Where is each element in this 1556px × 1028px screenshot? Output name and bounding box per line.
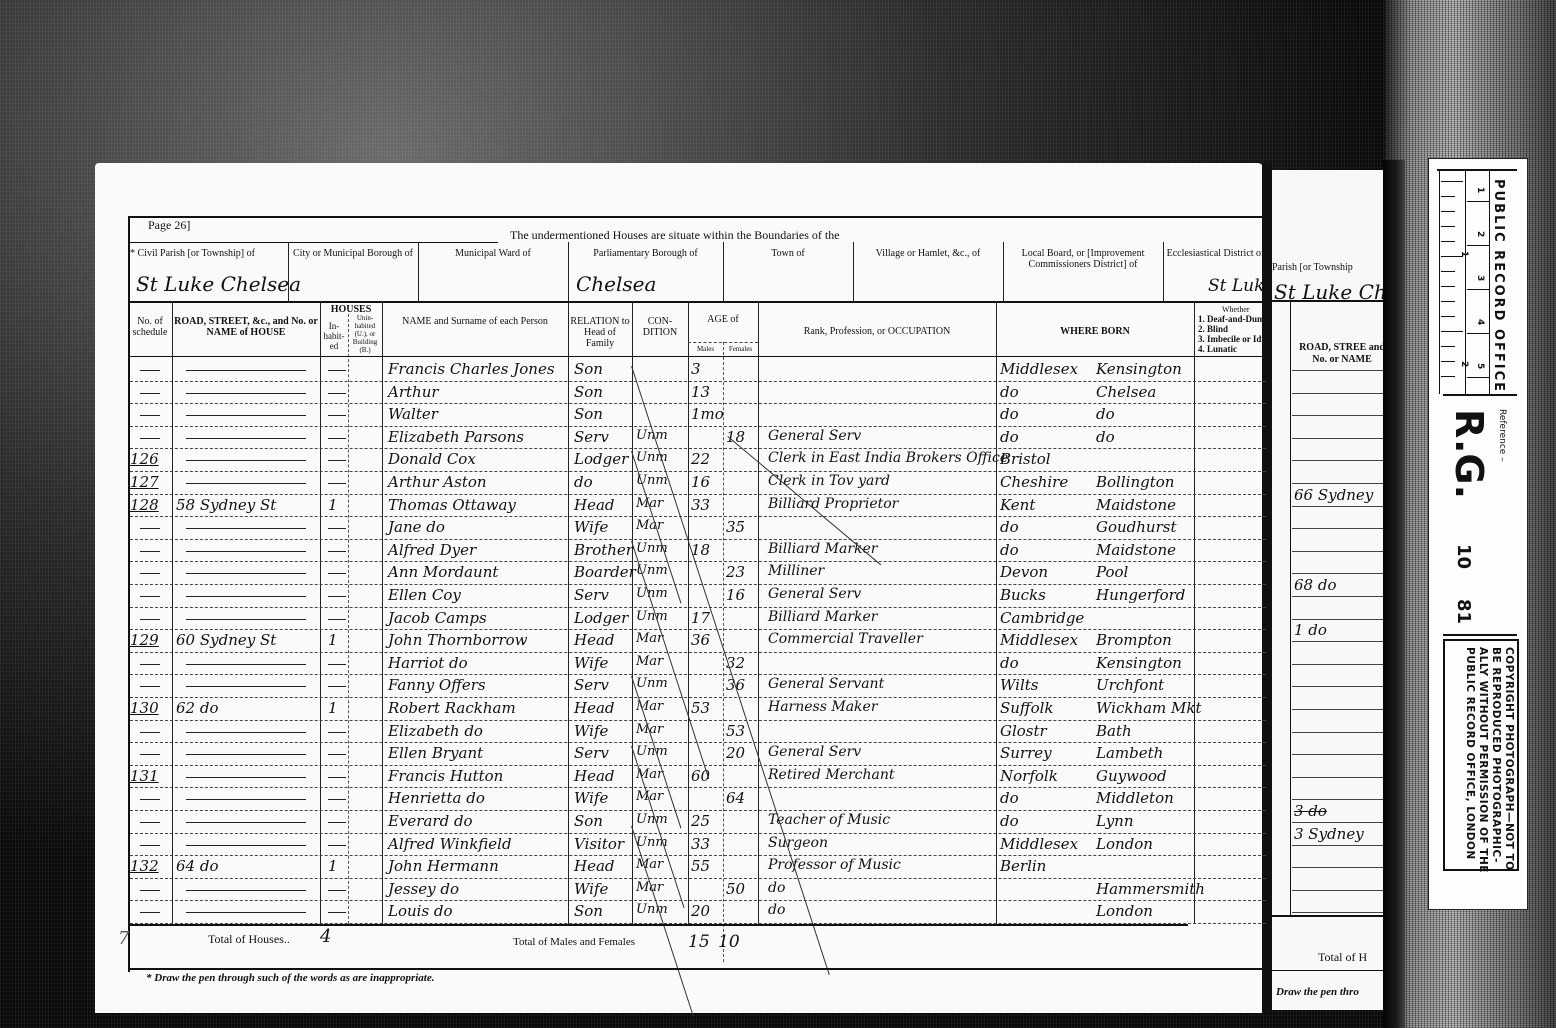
- total-males: 15: [688, 932, 710, 952]
- cell-condition: Mar: [636, 654, 663, 669]
- cell-condition: Unm: [636, 676, 668, 691]
- facing-row-rule: [1292, 822, 1383, 823]
- corner-mark: 7: [118, 928, 129, 949]
- cell-dash: [140, 845, 160, 846]
- total-houses-value: 4: [320, 926, 331, 947]
- field-label: Local Board, or [Improvement Commissione…: [1005, 248, 1161, 270]
- total-persons-label: Total of Males and Females: [513, 936, 635, 948]
- column-header-females: Females: [723, 344, 758, 354]
- cell-born-place: Goudhurst: [1096, 518, 1177, 536]
- cell-road: 60 Sydney St: [176, 631, 276, 649]
- facing-row-rule: [1292, 506, 1383, 507]
- cell-dash: [140, 912, 160, 913]
- ruler-tick: [1441, 301, 1455, 302]
- table-row: 127Arthur AstondoUnm16Clerk in Tov yardC…: [128, 471, 1268, 494]
- cell-relation: Wife: [574, 789, 608, 807]
- ruler-tick: [1441, 286, 1455, 287]
- cell-occupation: Billiard Marker: [768, 609, 877, 625]
- column-header-age: AGE of: [688, 314, 758, 325]
- field-label: Village or Hamlet, &c., of: [855, 248, 1001, 259]
- cell-occupation: General Serv: [768, 744, 861, 760]
- column-header-whether: Whether: [1222, 305, 1250, 314]
- cell-relation: Lodger: [574, 450, 628, 468]
- cell-name: John Hermann: [388, 857, 499, 875]
- cell-road: 62 do: [176, 699, 219, 717]
- cell-born-county: Kent: [1000, 496, 1035, 514]
- cell-born-county: Bristol: [1000, 450, 1051, 468]
- cell-born-county: do: [1000, 541, 1019, 559]
- cell-name: Henrietta do: [388, 789, 485, 807]
- facing-page: Parish [or Township St Luke Chel ROAD, S…: [1272, 170, 1383, 1010]
- cell-born-county: Norfolk: [1000, 767, 1058, 785]
- cell-dash: [186, 483, 306, 484]
- cell-male-age: 25: [691, 812, 710, 830]
- cell-relation: Son: [574, 812, 603, 830]
- cell-dash: [140, 686, 160, 687]
- facing-row-rule: [1292, 732, 1383, 733]
- ruler-tick-major: [1467, 377, 1489, 378]
- cell-relation: Head: [574, 767, 615, 785]
- cell-condition: Unm: [636, 902, 668, 917]
- cell-relation: Wife: [574, 880, 608, 898]
- table-row: Elizabeth doWifeMar53GlostrBath: [128, 720, 1268, 743]
- cell-dash: [140, 619, 160, 620]
- cell-relation: Serv: [574, 676, 609, 694]
- form-title: The undermentioned Houses are situate wi…: [510, 228, 840, 243]
- stamp-piece: 10: [1453, 544, 1474, 569]
- stamp-reference-label: Reference –: [1497, 409, 1507, 462]
- cell-name: Elizabeth do: [388, 722, 483, 740]
- cell-name: Ellen Coy: [388, 586, 461, 604]
- ruler-tick-major: [1467, 245, 1489, 246]
- cell-dash: [140, 415, 160, 416]
- cell-female-age: 16: [726, 586, 745, 604]
- cell-name: Arthur Aston: [388, 473, 487, 491]
- facing-row-rule: [1292, 664, 1383, 665]
- cell-schedule: 131: [130, 767, 159, 785]
- cell-born-place: Maidstone: [1096, 541, 1176, 559]
- ruler-label-cm: 1: [1459, 251, 1469, 257]
- copyright-line: BE REPRODUCED PHOTOGRAPHIC-: [1490, 647, 1502, 873]
- cell-name: Louis do: [388, 902, 453, 920]
- table-row: Everard doSonUnm25Teacher of MusicdoLynn: [128, 810, 1268, 833]
- cell-dash: [140, 393, 160, 394]
- cell-occupation: Clerk in East India Brokers Office: [768, 450, 1008, 466]
- column-header-relation: RELATION to Head of Family: [570, 316, 630, 349]
- facing-row-rule: [1292, 619, 1383, 620]
- facing-row-rule: [1292, 573, 1383, 574]
- cell-occupation: Milliner: [768, 563, 824, 579]
- table-row: Alfred DyerBrotherUnm18Billiard Markerdo…: [128, 539, 1268, 562]
- cell-born-county: Wilts: [1000, 676, 1038, 694]
- cell-dash: [186, 573, 306, 574]
- cell-name: Harriot do: [388, 654, 468, 672]
- copyright-notice: COPYRIGHT PHOTOGRAPH—NOT TOBE REPRODUCED…: [1464, 647, 1515, 873]
- copyright-line: COPYRIGHT PHOTOGRAPH—NOT TO: [1503, 647, 1515, 873]
- cell-born-place: Middleton: [1096, 789, 1174, 807]
- cell-dash: [186, 686, 306, 687]
- cell-occupation: General Servant: [768, 676, 884, 692]
- cell-born-place: Maidstone: [1096, 496, 1176, 514]
- table-row: 131Francis HuttonHeadMar60Retired Mercha…: [128, 765, 1268, 788]
- stamp-reference-series: R.G.: [1447, 409, 1491, 499]
- ruler-tick-major: [1467, 289, 1489, 290]
- book-spine: [1383, 160, 1405, 1028]
- total-females: 10: [718, 932, 740, 952]
- column-header-infirmity: 1. Deaf-and-Dumb: [1198, 314, 1270, 324]
- facing-row-rule: [1292, 799, 1383, 800]
- cell-condition: Unm: [636, 744, 668, 759]
- facing-row-rule: [1292, 845, 1383, 846]
- facing-row-rule: [1292, 438, 1383, 439]
- column-header-rule: [128, 356, 1268, 357]
- cell-born-county: Surrey: [1000, 744, 1052, 762]
- facing-parish-label: Parish [or Township: [1272, 262, 1353, 273]
- cell-name: Ellen Bryant: [388, 744, 483, 762]
- cell-born-place: London: [1096, 902, 1153, 920]
- cell-occupation: Teacher of Music: [768, 812, 890, 828]
- cell-dash: [328, 551, 346, 552]
- cell-occupation: Billiard Proprietor: [768, 496, 898, 512]
- cell-born-county: Cheshire: [1000, 473, 1068, 491]
- cell-born-county: Middlesex: [1000, 631, 1078, 649]
- cell-dash: [186, 551, 306, 552]
- age-subrule: [688, 342, 758, 343]
- cell-born-place: Guywood: [1096, 767, 1167, 785]
- cell-schedule: 126: [130, 450, 159, 468]
- cell-born-county: Devon: [1000, 563, 1048, 581]
- cell-dash: [328, 370, 346, 371]
- stamp-rule-v3: [1439, 169, 1440, 394]
- cell-female-age: 35: [726, 518, 745, 536]
- ruler-tick: [1441, 331, 1463, 332]
- facing-row-rule: [1292, 551, 1383, 552]
- cell-dash: [328, 415, 346, 416]
- cell-dash: [328, 619, 346, 620]
- cell-born-place: Hungerford: [1096, 586, 1185, 604]
- cell-name: Francis Hutton: [388, 767, 503, 785]
- cell-dash: [328, 393, 346, 394]
- ruler-tick: [1441, 211, 1455, 212]
- cell-dash: [328, 777, 346, 778]
- facing-entry: 1 do: [1294, 621, 1327, 639]
- cell-dash: [186, 777, 306, 778]
- cell-male-age: 16: [691, 473, 710, 491]
- cell-dash: [140, 596, 160, 597]
- cell-schedule: 129: [130, 631, 159, 649]
- cell-male-age: 55: [691, 857, 710, 875]
- table-row: Elizabeth ParsonsServUnm18General Servdo…: [128, 426, 1268, 449]
- column-header-occupation: Rank, Profession, or OCCUPATION: [760, 326, 994, 337]
- cell-dash: [140, 438, 160, 439]
- column-header-name: NAME and Surname of each Person: [384, 316, 566, 327]
- top-rule: [128, 216, 1268, 218]
- column-header-infirmity: 4. Lunatic: [1198, 344, 1237, 354]
- facing-rule-3: [1272, 970, 1383, 971]
- table-row: 126Donald CoxLodgerUnm22Clerk in East In…: [128, 448, 1268, 471]
- cell-born-place: London: [1096, 835, 1153, 853]
- cell-name: Alfred Dyer: [388, 541, 476, 559]
- cell-dash: [328, 460, 346, 461]
- table-row: Fanny OffersServUnm36General ServantWilt…: [128, 674, 1268, 697]
- footnote: * Draw the pen through such of the words…: [146, 972, 435, 984]
- column-header-males: Males: [688, 344, 723, 354]
- cell-female-age: 64: [726, 789, 745, 807]
- cell-name: Arthur: [388, 383, 439, 401]
- table-row: ArthurSon13doChelsea: [128, 381, 1268, 404]
- cell-dash: [140, 822, 160, 823]
- cell-dash: [140, 551, 160, 552]
- table-row: 12960 Sydney St1John ThornborrowHeadMar3…: [128, 629, 1268, 652]
- cell-road: 64 do: [176, 857, 219, 875]
- cell-dash: [328, 912, 346, 913]
- cell-condition: Mar: [636, 518, 663, 533]
- ruler-label-in: 2: [1475, 231, 1485, 237]
- field-divider: [568, 242, 569, 302]
- column-header-inhabited: In-habit-ed: [320, 321, 348, 351]
- cell-name: Robert Rackham: [388, 699, 516, 717]
- cell-schedule: 130: [130, 699, 159, 717]
- table-row: Harriot doWifeMar32doKensington: [128, 652, 1268, 675]
- cell-dash: [140, 799, 160, 800]
- cell-dash: [328, 528, 346, 529]
- cell-dash: [328, 799, 346, 800]
- column-header-born: WHERE BORN: [998, 326, 1192, 337]
- stamp-office: PUBLIC RECORD OFFICE: [1491, 179, 1506, 393]
- cell-dash: [186, 370, 306, 371]
- cell-born-place: Urchfont: [1096, 676, 1164, 694]
- cell-male-age: 36: [691, 631, 710, 649]
- facing-row-rule: [1292, 393, 1383, 394]
- cell-dash: [140, 732, 160, 733]
- ruler-label-in: 4: [1475, 319, 1485, 325]
- table-row: 13062 do1Robert RackhamHeadMar53Harness …: [128, 697, 1268, 720]
- copyright-line: ALLY WITHOUT PERMISSION OF THE: [1477, 647, 1489, 873]
- cell-born-county: Cambridge: [1000, 609, 1084, 627]
- ruler-label-cm: 2: [1459, 361, 1469, 367]
- cell-name: Jane do: [388, 518, 445, 536]
- cell-born-place: Brompton: [1096, 631, 1172, 649]
- totals-rule: [128, 924, 1188, 926]
- facing-row-rule: [1292, 912, 1383, 913]
- cell-relation: Lodger: [574, 609, 628, 627]
- cell-occupation: Harness Maker: [768, 699, 878, 715]
- cell-female-age: 20: [726, 744, 745, 762]
- table-row: Francis Charles JonesSon3MiddlesexKensin…: [128, 358, 1268, 381]
- facing-row-rule: [1292, 777, 1383, 778]
- cell-male-age: 13: [691, 383, 710, 401]
- field-label: Parliamentary Borough of: [570, 248, 721, 259]
- cell-relation: Head: [574, 857, 615, 875]
- field-divider: [1163, 242, 1164, 302]
- cell-male-age: 53: [691, 699, 710, 717]
- cell-born-county: do: [1000, 812, 1019, 830]
- cell-born-county: Bucks: [1000, 586, 1046, 604]
- cell-relation: Head: [574, 631, 615, 649]
- facing-row-rule: [1292, 754, 1383, 755]
- cell-name: Alfred Winkfield: [388, 835, 512, 853]
- copyright-box: COPYRIGHT PHOTOGRAPH—NOT TOBE REPRODUCED…: [1443, 639, 1519, 871]
- cell-condition: Mar: [636, 857, 663, 872]
- cell-dash: [140, 890, 160, 891]
- facing-entry: 68 do: [1294, 576, 1337, 594]
- cell-born-place: Bath: [1096, 722, 1132, 740]
- facing-row-rule: [1292, 483, 1383, 484]
- cell-female-age: 53: [726, 722, 745, 740]
- facing-row-rule: [1292, 460, 1383, 461]
- ruler-tick: [1441, 376, 1455, 377]
- cell-occupation: do: [768, 880, 785, 896]
- cell-dash: [140, 664, 160, 665]
- ruler-label-in: 3: [1475, 275, 1485, 281]
- cell-dash: [328, 754, 346, 755]
- cell-born-county: Suffolk: [1000, 699, 1053, 717]
- cell-condition: Unm: [636, 812, 668, 827]
- table-row: WalterSon1mododo: [128, 403, 1268, 426]
- table-row: Jacob CampsLodgerUnm17Billiard MarkerCam…: [128, 607, 1268, 630]
- field-label: Municipal Ward of: [420, 248, 566, 259]
- cell-dash: [186, 619, 306, 620]
- facing-row-rule: [1292, 528, 1383, 529]
- ruler-tick: [1441, 271, 1455, 272]
- cell-dash: [328, 686, 346, 687]
- cell-born-place: Lambeth: [1096, 744, 1163, 762]
- cell-born-place: Wickham Mkt: [1096, 699, 1202, 717]
- copyright-line: PUBLIC RECORD OFFICE, LONDON: [1464, 647, 1476, 873]
- cell-dash: [328, 483, 346, 484]
- cell-dash: [140, 370, 160, 371]
- cell-relation: Son: [574, 902, 603, 920]
- cell-occupation: Professor of Music: [768, 857, 901, 873]
- ruler-tick-major: [1467, 201, 1489, 202]
- ruler-tick: [1441, 181, 1463, 182]
- cell-born-place: Hammersmith: [1096, 880, 1205, 898]
- cell-relation: Wife: [574, 518, 608, 536]
- facing-entry: 3 Sydney: [1294, 825, 1364, 843]
- cell-condition: Unm: [636, 586, 668, 601]
- cell-dash: [186, 460, 306, 461]
- facing-footnote: Draw the pen thro: [1276, 986, 1359, 998]
- cell-born-place: Kensington: [1096, 360, 1182, 378]
- cell-female-age: 23: [726, 563, 745, 581]
- cell-relation: Son: [574, 360, 603, 378]
- cell-inhabited: 1: [328, 699, 338, 717]
- table-row: 13264 do1John HermannHeadMar55Professor …: [128, 855, 1268, 878]
- cell-relation: Visitor: [574, 835, 624, 853]
- cell-dash: [140, 573, 160, 574]
- cell-male-age: 1mo: [691, 405, 724, 423]
- cell-dash: [328, 822, 346, 823]
- cell-born-county: Middlesex: [1000, 835, 1078, 853]
- cell-name: Fanny Offers: [388, 676, 486, 694]
- ruler-tick-major: [1467, 333, 1489, 334]
- cell-born-place: Lynn: [1096, 812, 1134, 830]
- facing-row-rule: [1292, 641, 1383, 642]
- column-header-schedule: No. of schedule: [130, 316, 170, 338]
- cell-born-county: Middlesex: [1000, 360, 1078, 378]
- cell-schedule: 128: [130, 496, 159, 514]
- cell-dash: [328, 845, 346, 846]
- table-row: Jane doWifeMar35doGoudhurst: [128, 516, 1268, 539]
- census-form: Page 26] The undermentioned Houses are s…: [128, 206, 1268, 966]
- cell-inhabited: 1: [328, 857, 338, 875]
- cell-dash: [186, 822, 306, 823]
- cell-relation: Head: [574, 496, 615, 514]
- facing-entry: 66 Sydney: [1294, 486, 1373, 504]
- cell-dash: [186, 528, 306, 529]
- column-header-road: ROAD, STREET, &c., and No. or NAME of HO…: [174, 316, 318, 338]
- field-divider: [723, 242, 724, 302]
- cell-name: Francis Charles Jones: [388, 360, 555, 378]
- ruler-label-in: 1: [1475, 187, 1485, 193]
- cell-occupation: General Serv: [768, 586, 861, 602]
- cell-born-county: do: [1000, 654, 1019, 672]
- cell-born-place: Chelsea: [1096, 383, 1156, 401]
- table-row: 12858 Sydney St1Thomas OttawayHeadMar33B…: [128, 494, 1268, 517]
- stamp-rule-low: [1443, 634, 1517, 636]
- column-header-uninhabited: Unin-habited (U.), or Building (B.): [348, 314, 382, 354]
- title-rule: [128, 242, 498, 243]
- total-houses-label: Total of Houses..: [208, 932, 290, 947]
- stamp-rule-mid: [1443, 394, 1517, 396]
- field-divider: [418, 242, 419, 302]
- cell-relation: do: [574, 473, 593, 491]
- cell-born-place: do: [1096, 405, 1115, 423]
- cell-relation: Boarder: [574, 563, 636, 581]
- stamp-rule-v1: [1489, 169, 1490, 394]
- ruler-tick: [1441, 226, 1455, 227]
- cell-male-age: 17: [691, 609, 710, 627]
- facing-row-rule: [1292, 370, 1383, 371]
- cell-dash: [186, 890, 306, 891]
- cell-relation: Serv: [574, 428, 609, 446]
- cell-occupation: do: [768, 902, 785, 918]
- cell-dash: [186, 393, 306, 394]
- cell-relation: Brother: [574, 541, 633, 559]
- cell-dash: [186, 799, 306, 800]
- cell-female-age: 50: [726, 880, 745, 898]
- facing-row-rule: [1292, 867, 1383, 868]
- cell-name: Everard do: [388, 812, 473, 830]
- table-row: Alfred WinkfieldVisitorUnm33SurgeonMiddl…: [128, 833, 1268, 856]
- cell-name: Jessey do: [388, 880, 459, 898]
- cell-relation: Head: [574, 699, 615, 717]
- cell-born-place: Pool: [1096, 563, 1128, 581]
- field-label: * Civil Parish [or Township] of: [130, 248, 286, 259]
- facing-rule-1: [1272, 300, 1383, 302]
- field-value: St Luke Chelsea: [136, 272, 301, 296]
- cell-dash: [186, 664, 306, 665]
- pro-reference-stamp: 1212345 PUBLIC RECORD OFFICE Reference –…: [1428, 158, 1528, 910]
- field-label: Ecclesiastical District of: [1165, 248, 1266, 259]
- cell-born-county: do: [1000, 428, 1019, 446]
- field-value: Chelsea: [576, 272, 656, 296]
- facing-row-rule: [1292, 709, 1383, 710]
- cell-occupation: General Serv: [768, 428, 861, 444]
- ruler-label-in: 5: [1475, 363, 1485, 369]
- cell-dash: [328, 573, 346, 574]
- cell-inhabited: 1: [328, 496, 338, 514]
- cell-name: Elizabeth Parsons: [388, 428, 524, 446]
- facing-total-label: Total of H: [1318, 950, 1367, 965]
- cell-born-county: do: [1000, 789, 1019, 807]
- facing-row-rule: [1292, 415, 1383, 416]
- column-header-condition: CON-DITION: [634, 316, 686, 338]
- cell-occupation: Commercial Traveller: [768, 631, 923, 647]
- facing-column-header: ROAD, STREE and No. or NAME: [1292, 342, 1383, 366]
- facing-entry: 3 do: [1294, 802, 1327, 820]
- cell-name: Walter: [388, 405, 438, 423]
